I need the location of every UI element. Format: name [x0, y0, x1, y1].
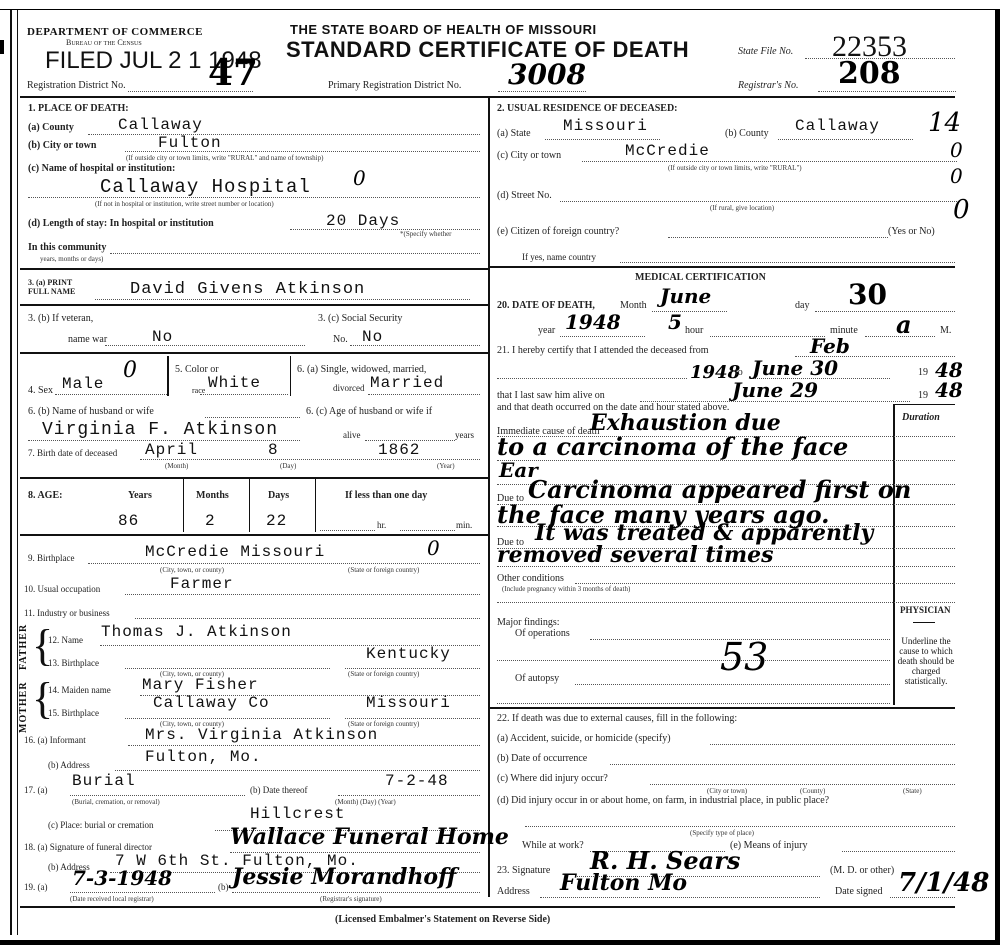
right-border	[995, 10, 1000, 945]
dotted-line	[88, 563, 480, 564]
year-caption: (Year)	[437, 462, 455, 470]
dotted-line	[345, 668, 480, 669]
coder-mark: 53	[720, 635, 768, 679]
industry-label: 11. Industry or business	[24, 608, 110, 618]
county-label: (a) County	[28, 122, 74, 133]
mother-birthplace-label: 15. Birthplace	[48, 708, 99, 718]
month-label: Month	[620, 300, 647, 311]
m-label: M.	[940, 325, 951, 336]
res-code-2: 0	[950, 164, 963, 188]
other-conditions-note: (Include pregnancy within 3 months of de…	[502, 585, 630, 593]
autopsy-label: Of autopsy	[515, 673, 559, 684]
res-state-label: (a) State	[497, 128, 531, 139]
bottom-border	[0, 940, 1000, 945]
dotted-line	[400, 530, 455, 531]
dotted-line	[710, 336, 825, 337]
dotted-line	[125, 668, 330, 669]
section-rule	[20, 477, 488, 479]
burial-caption: (Burial, cremation, or removal)	[72, 798, 160, 806]
divorced-label: divorced	[333, 383, 365, 393]
received-date: 7-3-1948	[72, 866, 172, 890]
injury-county-caption: (County)	[800, 787, 825, 795]
father-state-caption: (State or foreign country)	[348, 670, 419, 678]
birthplace-state-caption: (State or foreign country)	[348, 566, 419, 574]
spouse-name: Virginia F. Atkinson	[42, 420, 278, 440]
sex-code: 0	[123, 358, 137, 383]
other-conditions-label: Other conditions	[497, 573, 564, 584]
last-saw: June 29	[732, 378, 818, 402]
informant-address-label: (b) Address	[48, 760, 90, 770]
physician-note: Underline the cause to which death shoul…	[896, 636, 956, 686]
specify-note: *(Specify whether	[400, 230, 452, 238]
external-b-label: (b) Date of occurrence	[497, 753, 587, 764]
dotted-line	[368, 394, 480, 395]
day-label: day	[795, 300, 809, 311]
dotted-line	[620, 262, 955, 263]
registration-district-label: Registration District No.	[27, 80, 126, 91]
birthplace-label: 9. Birthplace	[28, 553, 75, 563]
father-name-label: 12. Name	[48, 635, 83, 645]
external-a-label: (a) Accident, suicide, or homicide (spec…	[497, 733, 671, 744]
left-border	[10, 10, 18, 935]
dotted-line	[345, 718, 480, 719]
md-label: (M. D. or other)	[830, 865, 894, 876]
age-divider	[315, 478, 316, 532]
burial-place-label: (c) Place: burial or cremation	[48, 820, 153, 830]
death-hour: 5	[668, 310, 682, 334]
dotted-line	[232, 892, 480, 893]
mother-birth-city: Callaway Co	[153, 694, 270, 712]
birth-day: 8	[268, 441, 279, 459]
primary-district-label: Primary Registration District No.	[328, 80, 461, 91]
primary-district-value: 3008	[508, 58, 586, 91]
sex-label: 4. Sex	[28, 385, 53, 396]
means-of-injury-label: (e) Means of injury	[730, 840, 807, 851]
signature-label: 23. Signature	[497, 865, 550, 876]
length-of-stay-label: (d) Length of stay: In hospital or insti…	[28, 218, 214, 229]
burial-date-label: (b) Date thereof	[250, 785, 307, 795]
ss-no-label: No.	[333, 334, 348, 345]
dotted-line	[125, 718, 330, 719]
section-rule	[20, 304, 488, 306]
age-years: 86	[118, 512, 139, 530]
dotted-line	[70, 892, 215, 893]
father-birthplace: Kentucky	[366, 645, 451, 663]
burial-label: 17. (a)	[24, 785, 48, 795]
res-city-note: (If outside city or town limits, write "…	[668, 164, 802, 172]
duration-label: Duration	[902, 412, 940, 423]
age-divider	[249, 478, 250, 532]
received-label: 19. (a)	[24, 882, 48, 892]
death-city: Fulton	[158, 134, 222, 152]
attended-from: Feb	[810, 334, 850, 358]
dotted-line	[125, 594, 480, 595]
dotted-line	[128, 745, 480, 746]
res-city-code: 0	[950, 138, 963, 162]
spouse-label: 6. (b) Name of husband or wife	[28, 406, 154, 417]
street-label: (d) Street No.	[497, 190, 552, 201]
dotted-line	[70, 795, 245, 796]
external-c-label: (c) Where did injury occur?	[497, 773, 608, 784]
nineteen-label-2: 19	[918, 390, 928, 401]
dotted-line	[778, 139, 913, 140]
dotted-line	[115, 770, 480, 771]
age-months-label: Months	[196, 490, 229, 501]
dotted-line	[200, 394, 288, 395]
spouse-age-label: 6. (c) Age of husband or wife if	[306, 406, 432, 417]
department-label: DEPARTMENT OF COMMERCE	[27, 26, 203, 38]
last-saw-year: 48	[935, 378, 963, 402]
dotted-line	[545, 139, 660, 140]
yes-no-label: (Yes or No)	[888, 226, 935, 237]
age-days-label: Days	[268, 490, 289, 501]
dotted-line	[610, 764, 955, 765]
physician-address-label: Address	[497, 886, 530, 897]
social-security-label: 3. (c) Social Security	[318, 313, 402, 324]
hospital-code: 0	[353, 166, 366, 190]
dotted-line	[497, 602, 955, 603]
res-city: McCredie	[625, 142, 710, 160]
community-note: years, months or days)	[40, 255, 103, 263]
section-rule	[20, 534, 488, 536]
received-caption: (Date received local registrar)	[70, 895, 154, 903]
hospital-note: (If not in hospital or institution, writ…	[95, 200, 274, 208]
place-of-death-heading: 1. PLACE OF DEATH:	[28, 103, 129, 114]
page-top-border	[0, 0, 1000, 10]
registrar-signature: Jessie Morandhoff	[232, 864, 456, 890]
occupation-label: 10. Usual occupation	[24, 584, 100, 594]
war-label: name war	[68, 334, 107, 345]
dotted-line	[815, 311, 955, 312]
last-saw-label: that I last saw him alive on	[497, 390, 605, 401]
marital-status: Married	[370, 374, 444, 392]
certify-label: 21. I hereby certify that I attended the…	[497, 345, 709, 356]
birth-year: 1862	[378, 441, 420, 459]
burial-type: Burial	[72, 772, 136, 790]
full-name: David Givens Atkinson	[130, 280, 365, 299]
year-label: year	[538, 325, 555, 336]
death-county: Callaway	[118, 116, 203, 134]
age-days: 22	[266, 512, 287, 530]
death-month: June	[660, 284, 711, 308]
veteran-war: No	[152, 328, 173, 346]
burial-date: 7-2-48	[385, 772, 449, 790]
death-minute: a	[896, 310, 912, 339]
dotted-line	[338, 795, 480, 796]
registrar-no-label: Registrar's No.	[738, 80, 798, 91]
dotted-line	[95, 299, 470, 300]
hour-label: hour	[685, 325, 703, 336]
dotted-line	[135, 618, 480, 619]
duration-rule	[893, 404, 955, 405]
funeral-director-label: 18. (a) Signature of funeral director	[24, 842, 152, 852]
dotted-line	[105, 345, 305, 346]
dotted-line	[28, 197, 480, 198]
residence-heading: 2. USUAL RESIDENCE OF DECEASED:	[497, 103, 678, 114]
mother-name: Mary Fisher	[142, 676, 259, 694]
registrar-sig-label: (b)	[218, 882, 229, 892]
res-county-code: 14	[928, 108, 961, 138]
race-divider	[290, 356, 291, 396]
informant-label: 16. (a) Informant	[24, 735, 86, 745]
country-label: If yes, name country	[522, 252, 596, 262]
age-divider	[183, 478, 184, 532]
community-label: In this community	[28, 242, 106, 253]
min-label: min.	[456, 520, 472, 530]
res-state: Missouri	[563, 117, 648, 135]
dotted-line	[205, 417, 300, 418]
dotted-line	[668, 237, 888, 238]
section-rule	[20, 268, 488, 270]
less-than-day-label: If less than one day	[345, 490, 427, 501]
street-note: (If rural, give location)	[710, 204, 774, 212]
state-file-label: State File No.	[738, 46, 793, 57]
injury-city-caption: (City or town)	[707, 787, 747, 795]
funeral-director-signature: Wallace Funeral Home	[230, 824, 509, 850]
age-months: 2	[205, 512, 216, 530]
dotted-line	[140, 459, 480, 460]
years-label: years	[455, 430, 474, 440]
dotted-line	[560, 201, 957, 202]
dotted-line	[650, 784, 955, 785]
dotted-line	[88, 134, 480, 135]
section-rule	[489, 266, 955, 268]
nineteen-label-1: 19	[918, 367, 928, 378]
date-signed: 7/1/48	[898, 868, 989, 898]
birthplace-city-caption: (City, town, or county)	[160, 566, 224, 574]
city-note: (If outside city or town limits, write "…	[126, 154, 323, 162]
mother-name-label: 14. Maiden name	[48, 685, 111, 695]
registration-district-value: 47	[208, 52, 258, 94]
mother-birth-state: Missouri	[366, 694, 451, 712]
length-of-stay: 20 Days	[326, 212, 400, 230]
type-of-place-caption: (Specify type of place)	[690, 829, 754, 837]
res-county-label: (b) County	[725, 128, 769, 139]
dotted-line	[818, 91, 956, 92]
dotted-line	[652, 311, 727, 312]
physician-address: Fulton Mo	[560, 870, 687, 896]
operations-label: Of operations	[515, 628, 570, 639]
certificate-title: STANDARD CERTIFICATE OF DEATH	[286, 37, 689, 63]
duration-divider	[893, 405, 895, 705]
to-label: to	[735, 367, 743, 378]
father-name: Thomas J. Atkinson	[101, 623, 292, 641]
social-security: No	[362, 328, 383, 346]
state-board-label: THE STATE BOARD OF HEALTH OF MISSOURI	[290, 22, 597, 37]
physician-title: PHYSICIAN	[900, 605, 951, 615]
father-birthplace-label: 13. Birthplace	[48, 658, 99, 668]
major-findings-label: Major findings:	[497, 617, 560, 628]
month-caption: (Month)	[165, 462, 188, 470]
father-side-label: FATHER	[18, 625, 29, 670]
dotted-line	[582, 161, 957, 162]
citizen-label: (e) Citizen of foreign country?	[497, 226, 619, 237]
death-day: 30	[848, 278, 887, 311]
dotted-line	[560, 336, 645, 337]
dotted-line	[540, 897, 820, 898]
section-rule	[489, 707, 955, 709]
birthplace: McCredie Missouri	[145, 543, 325, 561]
full-name-label-1: 3. (a) PRINT	[28, 278, 72, 287]
bureau-label: Bureau of the Census	[66, 38, 142, 47]
external-d-label: (d) Did injury occur in or about home, o…	[497, 795, 829, 806]
city-label: (b) City or town	[28, 140, 96, 151]
cause-line-2: to a carcinoma of the face	[497, 432, 848, 461]
center-divider	[488, 97, 490, 897]
injury-state-caption: (State)	[903, 787, 922, 795]
sex-divider	[167, 356, 169, 396]
alive-label: alive	[343, 430, 361, 440]
dotted-line	[320, 530, 375, 531]
age-label: 8. AGE:	[28, 490, 62, 501]
date-signed-label: Date signed	[835, 886, 883, 897]
dotted-line	[575, 684, 890, 685]
mother-side-label: MOTHER	[18, 678, 29, 733]
burial-place: Hillcrest	[250, 805, 345, 823]
footer-note: (Licensed Embalmer's Statement on Revers…	[335, 914, 550, 925]
registrar-sig-caption: (Registrar's signature)	[320, 895, 382, 903]
dotted-line	[575, 583, 955, 584]
cause-line-7: removed several times	[497, 542, 774, 568]
informant-address: Fulton, Mo.	[145, 748, 262, 766]
informant: Mrs. Virginia Atkinson	[145, 726, 378, 744]
external-heading: 22. If death was due to external causes,…	[497, 713, 737, 724]
race: White	[208, 374, 261, 392]
res-county: Callaway	[795, 117, 880, 135]
day-caption: (Day)	[280, 462, 296, 470]
dotted-line	[55, 394, 167, 395]
dotted-line	[497, 660, 890, 661]
dotted-line	[110, 253, 480, 254]
registrar-no-value: 208	[838, 56, 901, 91]
dotted-line	[842, 851, 955, 852]
dotted-line	[497, 378, 687, 379]
hospital-name: Callaway Hospital	[100, 176, 311, 198]
street-code: 0	[953, 195, 970, 225]
hospital-label: (c) Name of hospital or institution:	[28, 163, 175, 174]
physician-rule	[913, 622, 935, 623]
section-rule	[20, 352, 488, 354]
medical-heading: MEDICAL CERTIFICATION	[635, 272, 766, 283]
veteran-label: 3. (b) If veteran,	[28, 313, 93, 324]
dotted-line	[497, 703, 890, 704]
birth-month: April	[145, 441, 198, 459]
age-years-label: Years	[128, 490, 152, 501]
dotted-line	[498, 91, 586, 92]
death-year: 1948	[565, 310, 621, 334]
hr-label: hr.	[377, 520, 386, 530]
dotted-line	[710, 744, 955, 745]
while-at-work-label: While at work?	[522, 840, 584, 851]
birth-date-label: 7. Birth date of deceased	[28, 448, 117, 458]
attended-to: June 30	[752, 356, 838, 380]
margin-mark	[0, 40, 4, 54]
footer-rule	[20, 906, 955, 908]
res-city-label: (c) City or town	[497, 150, 561, 161]
dotted-line	[525, 826, 955, 827]
birthplace-code: 0	[427, 536, 440, 560]
occupation: Farmer	[170, 575, 234, 593]
sex: Male	[62, 375, 104, 393]
full-name-label-2: FULL NAME	[28, 287, 75, 296]
